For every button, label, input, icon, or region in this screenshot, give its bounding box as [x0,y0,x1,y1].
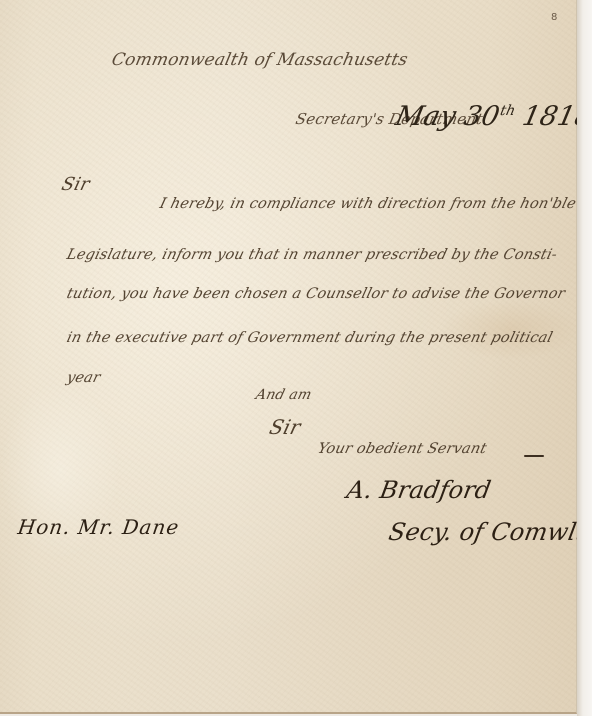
body-line: tution, you have been chosen a Counsello… [65,286,567,302]
date-day: May 30 [393,101,503,132]
dateline-date: May 30th 1818 [393,101,592,132]
scan-edge-strip [577,0,592,716]
letter-heading: Commonwealth of Massachusetts [110,50,410,70]
letter-page: 8 Commonwealth of Massachusetts Secretar… [0,0,577,714]
addressee: Hon. Mr. Dane [16,515,181,539]
salutation: Sir [59,174,92,195]
closing-servant: Your obedient Servant [316,441,488,457]
signature-title: Secy. of Comwlth [387,518,592,546]
closing-sir: Sir [267,415,303,439]
date-suffix: th [499,103,517,119]
body-line: I hereby, in compliance with direction f… [158,196,578,212]
body-line: Legislature, inform you that in manner p… [65,247,559,263]
closing-dash [524,455,544,457]
signature-name: A. Bradford [345,476,494,504]
page-number: 8 [551,12,557,23]
closing-line: And am [254,387,313,403]
body-line: year [65,370,102,386]
body-line: in the executive part of Government duri… [65,330,554,346]
